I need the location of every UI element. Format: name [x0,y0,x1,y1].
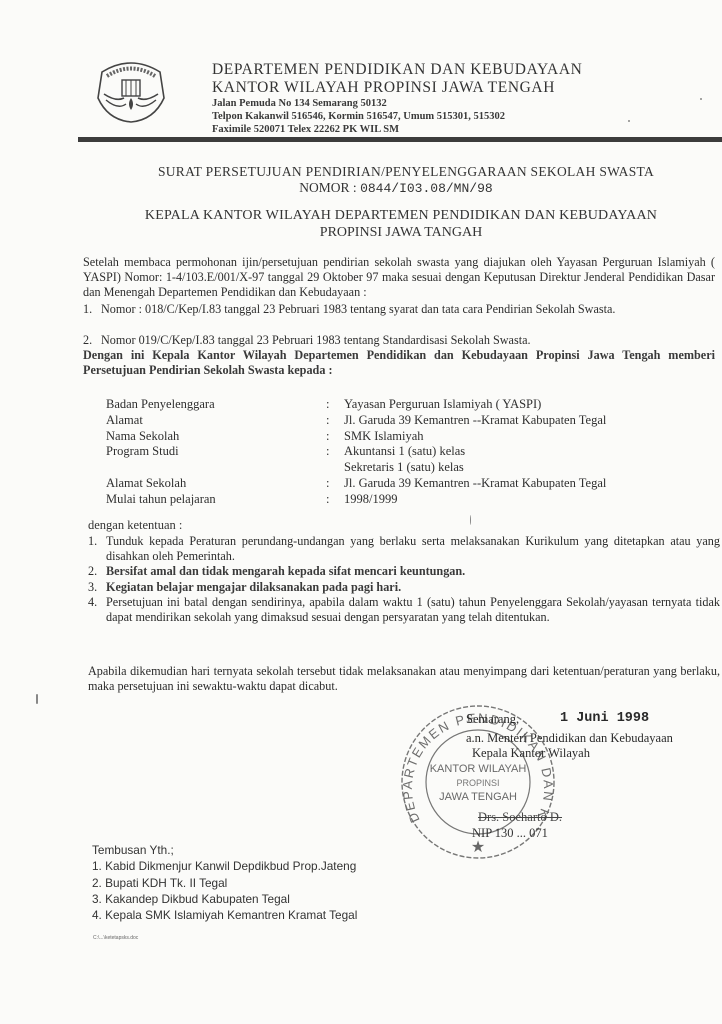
letter-number: NOMOR : 0844/I03.08/MN/98 [0,180,722,196]
tut-wuri-handayani-emblem-icon [94,58,168,124]
letter-number-label: NOMOR : [299,180,356,195]
letterhead-address: Jalan Pemuda No 134 Semarang 50132 [212,98,387,109]
carbon-copy-item: 4. Kepala SMK Islamiyah Kemantren Kramat… [92,907,357,923]
detail-row: Sekretaris 1 (satu) kelas [106,460,666,476]
conditions-intro: dengan ketentuan : [88,518,182,533]
file-path-note: C:\...\ketetapsks.doc [93,935,138,941]
signature-on-behalf: a.n. Menteri Pendidikan dan Kebudayaan [466,731,673,746]
detail-row: Alamat : Jl. Garuda 39 Kemantren --Krama… [106,413,666,429]
document-page: DEPARTEMEN PENDIDIKAN DAN KEBUDAYAAN KAN… [0,0,722,1024]
condition-item: 1. Tunduk kepada Peraturan perundang-und… [88,534,720,564]
letterhead-department: DEPARTEMEN PENDIDIKAN DAN KEBUDAYAAN [212,61,582,79]
signature-place: Semarang, [466,712,519,727]
closing-paragraph: Apabila dikemudian hari ternyata sekolah… [88,664,720,694]
letterhead-fax: Faximile 520071 Telex 22262 PK WIL SM [212,124,399,135]
school-details: Badan Penyelenggara : Yayasan Perguruan … [106,397,666,508]
letter-type-title: SURAT PERSETUJUAN PENDIRIAN/PENYELENGGAR… [0,164,722,180]
letter-number-value: 0844/I03.08/MN/98 [360,181,493,196]
carbon-copy-item: 1. Kabid Dikmenjur Kanwil Depdikbud Prop… [92,858,357,874]
detail-row: Badan Penyelenggara : Yayasan Perguruan … [106,397,666,413]
svg-text:JAWA TENGAH: JAWA TENGAH [439,791,517,803]
signatory-nip: NIP 130 ... 071 [472,826,548,841]
conditions-list: 1. Tunduk kepada Peraturan perundang-und… [88,534,720,625]
issuer-title-line2: PROPINSI JAWA TANGAH [0,225,722,241]
detail-row: Mulai tahun pelajaran : 1998/1999 [106,492,666,508]
carbon-copy-item: 3. Kakandep Dikbud Kabupaten Tegal [92,891,357,907]
condition-item: 3. Kegiatan belajar mengajar dilaksanaka… [88,580,720,595]
signature-title: Kepala Kantor Wilayah [472,746,590,761]
letterhead-phones: Telpon Kakanwil 516546, Kormin 516547, U… [212,111,505,122]
scan-artifact [700,98,702,100]
detail-row: Alamat Sekolah : Jl. Garuda 39 Kemantren… [106,476,666,492]
star-icon: ★ [471,839,485,856]
reference-item: 2. Nomor 019/C/Kep/I.83 tanggal 23 Pebru… [83,333,715,349]
scan-artifact [36,694,38,704]
carbon-copy-heading: Tembusan Yth.; [92,842,357,858]
detail-row: Nama Sekolah : SMK Islamiyah [106,429,666,445]
signature-date: 1 Juni 1998 [560,711,649,726]
issuer-title-line1: KEPALA KANTOR WILAYAH DEPARTEMEN PENDIDI… [0,208,722,224]
svg-text:PROPINSI: PROPINSI [456,778,499,788]
reference-item: 1. Nomor : 018/C/Kep/I.83 tanggal 23 Peb… [83,302,715,334]
condition-item: 2. Bersifat amal dan tidak mengarah kepa… [88,564,720,579]
letterhead-divider [78,137,722,142]
intro-paragraph: Setelah membaca permohonan ijin/persetuj… [83,255,715,301]
carbon-copy-item: 2. Bupati KDH Tk. II Tegal [92,875,357,891]
detail-row: Program Studi : Akuntansi 1 (satu) kelas [106,444,666,460]
scan-artifact [470,515,471,525]
carbon-copy-list: Tembusan Yth.; 1. Kabid Dikmenjur Kanwil… [92,842,357,923]
letterhead-office: KANTOR WILAYAH PROPINSI JAWA TENGAH [212,79,555,97]
grant-paragraph: Dengan ini Kepala Kantor Wilayah Departe… [83,348,715,378]
svg-text:KANTOR WILAYAH: KANTOR WILAYAH [430,763,527,775]
scan-artifact [628,120,630,122]
signatory-name: Drs. Soeharto D. [478,810,562,825]
condition-item: 4. Persetujuan ini batal dengan sendirin… [88,595,720,625]
